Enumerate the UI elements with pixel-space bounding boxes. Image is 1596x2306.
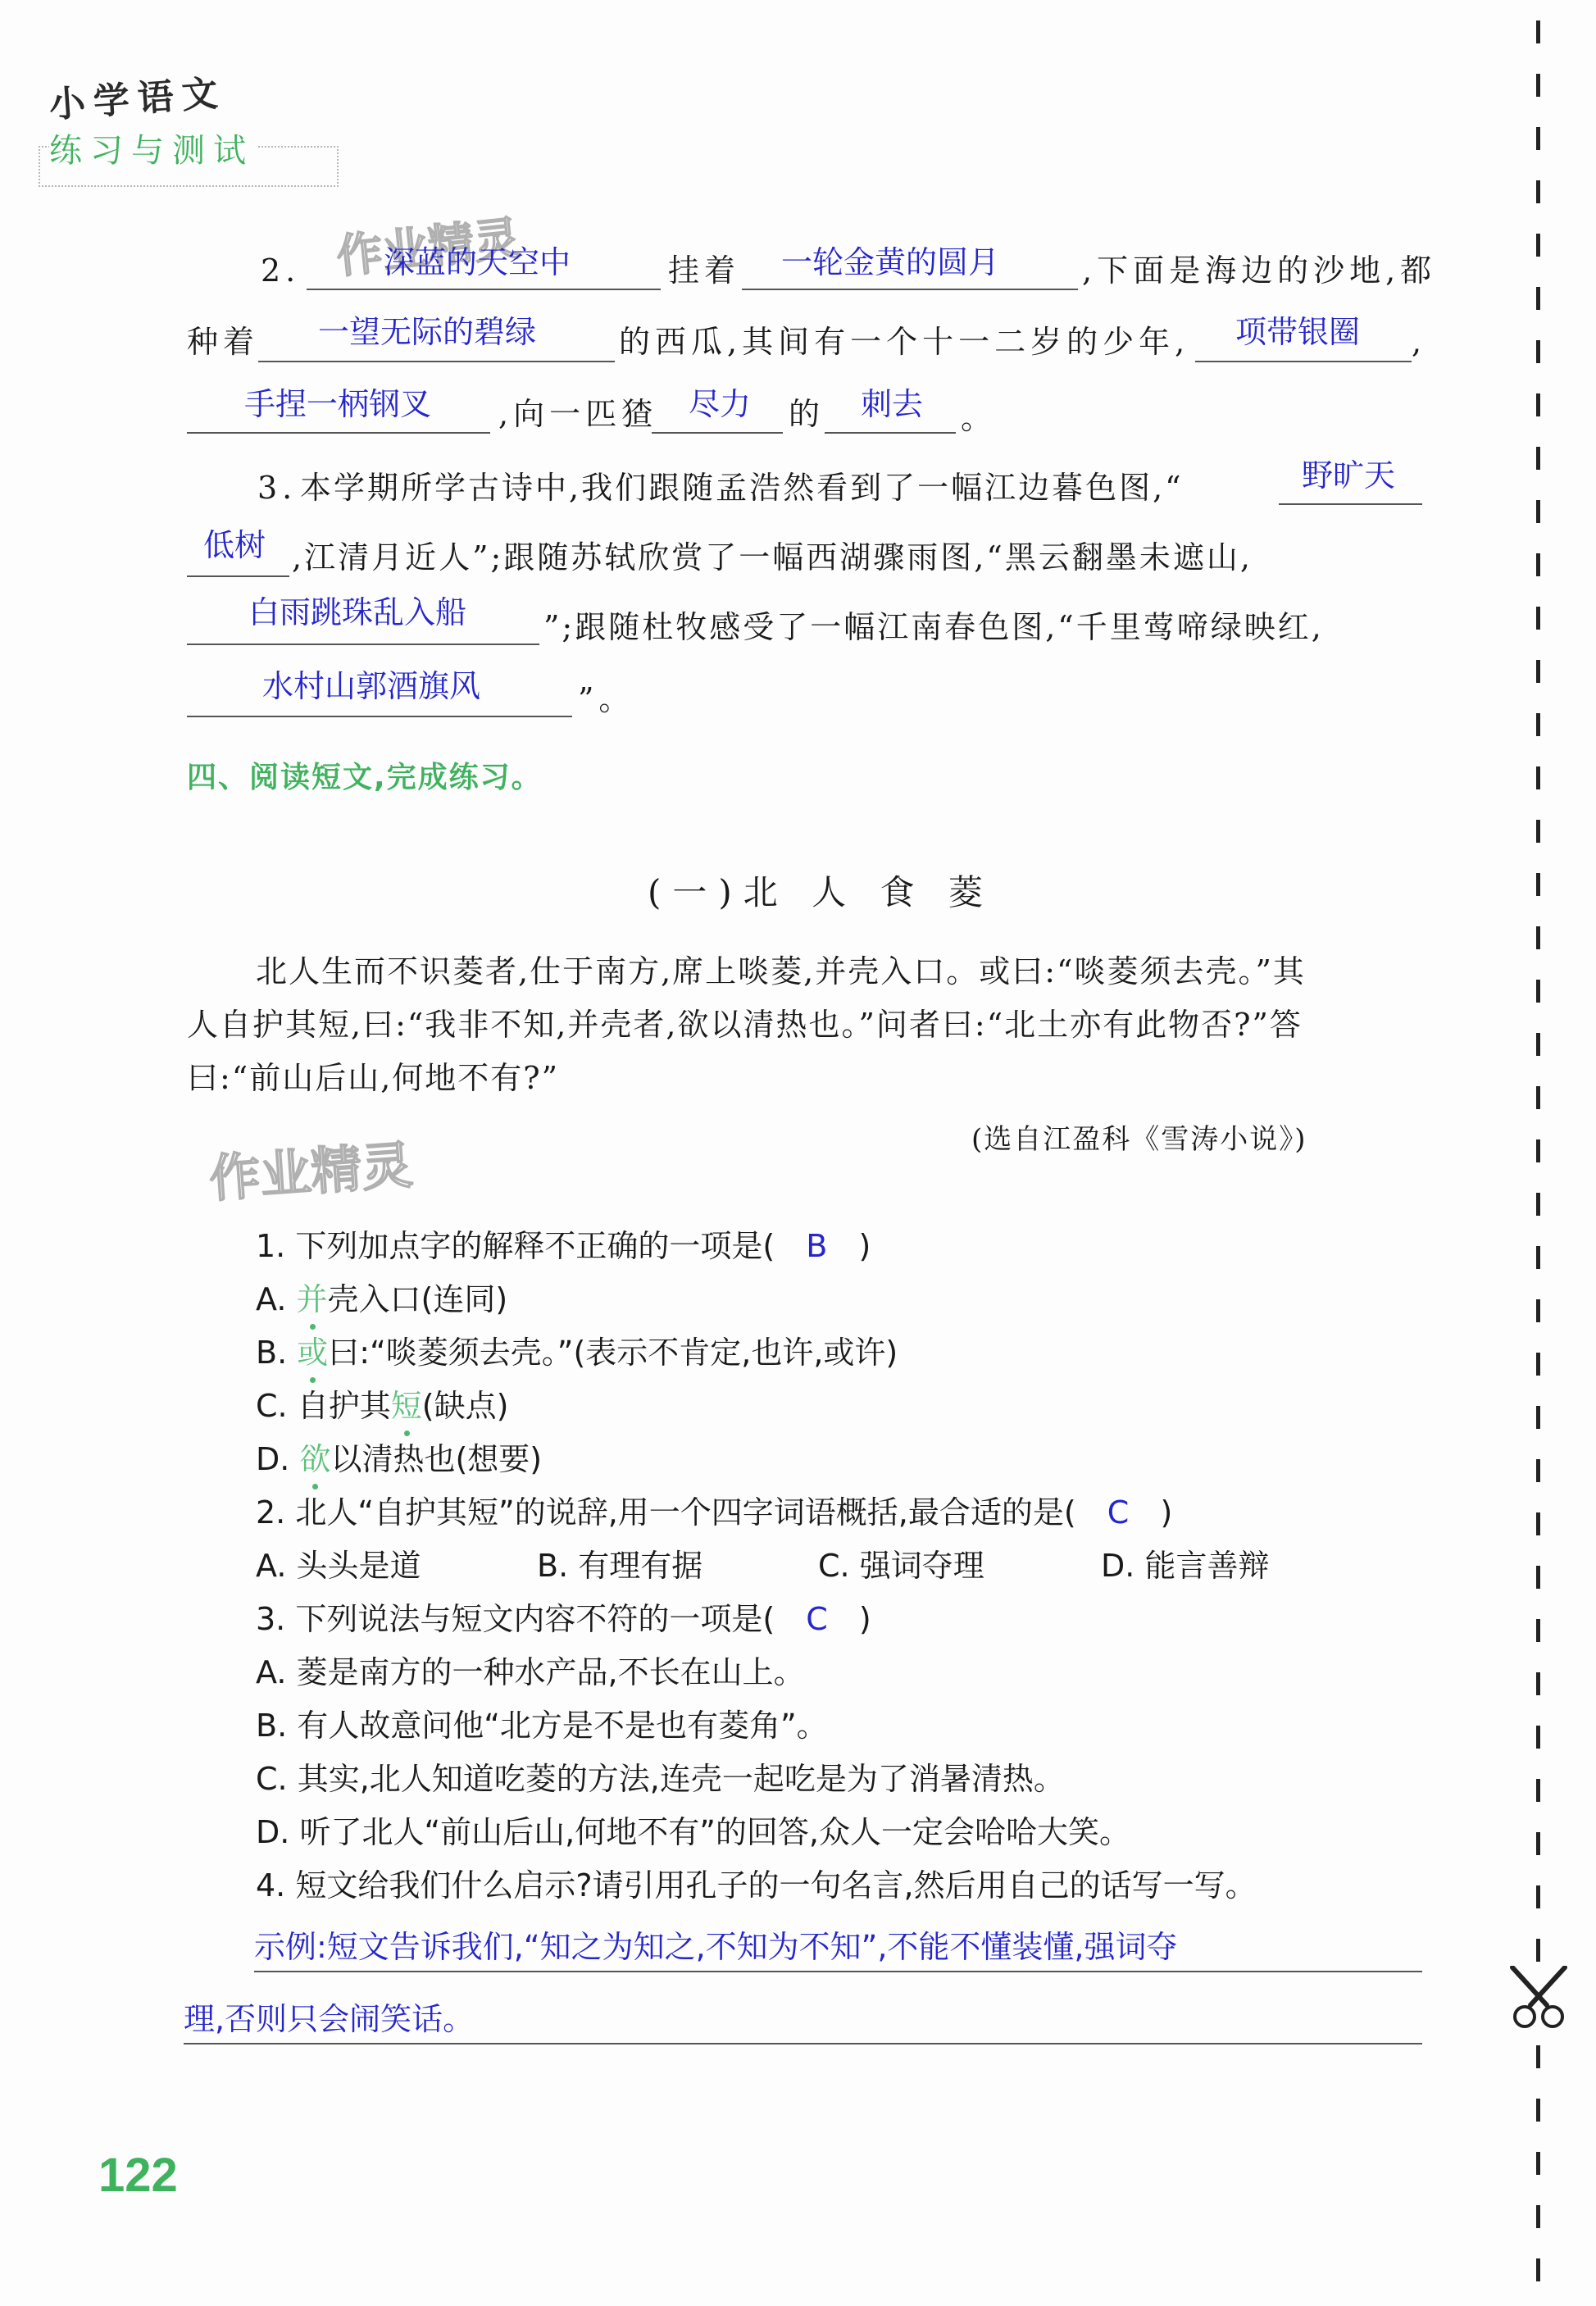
section-heading: 四、阅读短文,完成练习。 [187,754,543,796]
option-c[interactable]: C. 自护其短(缺点) [256,1385,508,1426]
cut-dash [1536,1885,1540,1908]
q2-answer-2: 一轮金黄的圆月 [781,242,999,283]
option-text: 壳入口(连同) [328,1281,508,1317]
answer-blank-1[interactable] [254,1971,1422,1972]
question-stem: 2. 北人“自护其短”的说辞,用一个四字词语概括,最合适的是( [256,1494,1076,1531]
page-number: 122 [98,2148,178,2203]
q2-answer-4: 项带银圈 [1235,312,1360,352]
subtitle: 练习与测试 [49,125,257,171]
watermark: 作业精灵 [207,1124,415,1211]
answer-letter: C [784,1601,849,1637]
option-label: A. [256,1654,286,1690]
option-text: 头头是道 [297,1548,421,1584]
option-label: B. [256,1335,287,1371]
cut-dash [1536,20,1540,43]
option-text: 以清热也(想要) [330,1441,542,1477]
q3-answer-1b: 低树 [203,525,266,566]
q3-answer-2: 白雨跳珠乱入船 [248,592,466,633]
cut-dash [1536,1353,1540,1376]
cut-dash [1536,1033,1540,1056]
answer-line-2: 理,否则只会闹笑话。 [184,1999,474,2040]
q2-number: 2. [261,250,300,291]
answer-letter: C [1086,1494,1151,1531]
scissors-icon [1504,1966,1573,2031]
question-4-stem: 4. 短文给我们什么启示?请引用孔子的一句名言,然后用自己的话写一写。 [256,1865,1257,1906]
option-text: 自护其 [298,1388,391,1424]
cut-dash [1536,1086,1540,1109]
cut-dash [1536,1246,1540,1269]
answer-blank-2[interactable] [184,2043,1422,2044]
q2-blank-6[interactable] [652,432,783,434]
close-paren: ) [859,1601,871,1637]
emphasis-char: 或 [297,1332,328,1373]
option-text: 曰:“啖菱须去壳。”(表示不肯定,也许,或许) [328,1335,898,1371]
cut-dash [1536,607,1540,630]
cut-dash [1536,2045,1540,2068]
option-b[interactable]: B. 有人故意问他“北方是不是也有菱角”。 [256,1705,828,1746]
cut-dash [1536,766,1540,789]
q2-blank-7[interactable] [825,432,956,434]
option-a[interactable]: A. 并壳入口(连同) [256,1279,507,1320]
option-text: 听了北人“前山后山,何地不有”的回答,众人一定会哈哈大笑。 [299,1814,1130,1850]
q2-answer-3: 一望无际的碧绿 [318,312,536,352]
option-label: C. [256,1388,288,1424]
option-label: B. [256,1708,287,1744]
option-label: C. [256,1761,288,1797]
q2-text: 。 [961,398,997,439]
emphasis-char: 欲 [299,1439,330,1480]
cut-dash [1536,1139,1540,1162]
q3-text: 本学期所学古诗中,我们跟随孟浩然看到了一幅江边暮色图,“ [300,467,1184,508]
cut-dash [1536,980,1540,1003]
option-label: D. [1101,1548,1134,1584]
cut-dash [1536,2099,1540,2122]
cut-dash [1536,1672,1540,1695]
q2-blank-3[interactable] [258,361,615,362]
q2-text: 种着 [187,321,259,362]
option-text: (缺点) [422,1388,509,1424]
cut-dash [1536,926,1540,949]
question-2-stem: 2. 北人“自护其短”的说辞,用一个四字词语概括,最合适的是( C ) [256,1492,1172,1533]
option-label: B. [537,1548,568,1584]
q2-blank-5[interactable] [187,432,490,434]
q2-blank-2[interactable] [742,289,1078,290]
option-text: 菱是南方的一种水产品,不长在山上。 [297,1654,805,1690]
option-text: 有人故意问他“北方是不是也有菱角”。 [297,1708,827,1744]
q2-text: ,下面是海边的沙地,都 [1082,250,1436,291]
passage-source: (选自江盈科《雪涛小说》) [971,1119,1307,1160]
q2-text: 的西瓜,其间有一个十一二岁的少年, [619,321,1189,362]
cut-dash [1536,1619,1540,1642]
cut-dash [1536,2258,1540,2281]
cut-dash [1536,340,1540,363]
passage-line: 人自护其短,曰:“我非不知,并壳者,欲以清热也。”问者曰:“北土亦有此物否?”答 [187,1004,1303,1045]
cut-dash [1536,2152,1540,2175]
cut-dash [1536,1193,1540,1216]
cut-dash [1536,2205,1540,2228]
option-a[interactable]: A. 头头是道 [256,1545,421,1586]
cut-dash [1536,660,1540,683]
option-text: 能言善辩 [1144,1548,1269,1584]
q2-text: 挂着 [668,250,740,291]
cut-dash [1536,553,1540,576]
cut-dash [1536,127,1540,150]
q3-text: ,江清月近人”;跟随苏轼欣赏了一幅西湖骤雨图,“黑云翻墨未遮山, [292,537,1253,578]
q2-answer-1: 深蓝的天空中 [384,242,571,283]
option-d[interactable]: D. 欲以清热也(想要) [256,1439,542,1480]
close-paren: ) [1160,1494,1172,1531]
option-text: 有理有据 [578,1548,703,1584]
passage-line: 北人生而不识菱者,仕于南方,席上啖菱,并壳入口。或曰:“啖菱须去壳。”其 [256,951,1306,992]
cut-dash [1536,287,1540,310]
q3-text: ”;跟随杜牧感受了一幅江南春色图,“千里莺啼绿映红, [543,607,1324,648]
q3-answer-1: 野旷天 [1302,455,1395,496]
cut-dash [1536,1406,1540,1429]
cut-dash [1536,1726,1540,1749]
cut-dash [1536,1512,1540,1535]
option-c[interactable]: C. 强词夺理 [818,1545,984,1586]
option-label: A. [256,1281,286,1317]
q2-text: ,向一匹猹 [498,393,657,434]
series-title: 小学语文 [48,63,228,128]
option-b[interactable]: B. 有理有据 [537,1545,703,1586]
cut-dash [1536,820,1540,843]
cut-dash [1536,713,1540,736]
q2-blank-1[interactable] [307,289,661,290]
option-d[interactable]: D. 听了北人“前山后山,何地不有”的回答,众人一定会哈哈大笑。 [256,1812,1130,1853]
option-a[interactable]: A. 菱是南方的一种水产品,不长在山上。 [256,1652,805,1693]
cut-dash [1536,1832,1540,1855]
q3-text: ”。 [578,679,634,720]
q3-blank-1[interactable] [1279,503,1422,505]
cut-dash [1536,873,1540,896]
q3-blank-1b[interactable] [187,575,289,577]
question-3-stem: 3. 下列说法与短文内容不符的一项是( C ) [256,1599,871,1640]
q3-number: 3. [257,467,297,508]
option-d[interactable]: D. 能言善辩 [1101,1545,1269,1586]
q2-answer-5: 手捏一柄钢叉 [244,384,431,425]
cut-dash [1536,1939,1540,1962]
option-c[interactable]: C. 其实,北人知道吃菱的方法,连壳一起吃是为了消暑清热。 [256,1758,1065,1799]
cut-dash [1536,447,1540,470]
option-label: C. [818,1548,850,1584]
cut-dash [1536,1459,1540,1482]
option-label: D. [256,1441,289,1477]
cut-dash [1536,74,1540,97]
option-text: 强词夺理 [860,1548,984,1584]
q2-text: 的 [789,393,825,434]
cut-dash [1536,500,1540,523]
q2-text: , [1412,321,1426,362]
emphasis-char: 短 [391,1385,422,1426]
q2-blank-4[interactable] [1195,361,1412,362]
q2-answer-7: 刺去 [861,384,923,425]
close-paren: ) [858,1228,871,1264]
option-text: 其实,北人知道吃菱的方法,连壳一起吃是为了消暑清热。 [298,1761,1065,1797]
cut-dash [1536,1566,1540,1589]
passage-title: (一)北 人 食 菱 [648,866,994,915]
cut-dash [1536,393,1540,416]
option-label: D. [256,1814,289,1850]
passage-line: 曰:“前山后山,何地不有?” [187,1057,559,1098]
cut-dash [1536,1299,1540,1322]
q3-answer-3: 水村山郭酒旗风 [262,666,480,707]
question-stem: 3. 下列说法与短文内容不符的一项是( [256,1601,775,1637]
question-1-stem: 1. 下列加点字的解释不正确的一项是( B ) [256,1226,871,1267]
answer-line-1: 示例:短文告诉我们,“知之为知之,不知为不知”,不能不懂装懂,强词夺 [254,1926,1178,1967]
answer-letter: B [784,1228,848,1264]
question-stem: 1. 下列加点字的解释不正确的一项是( [256,1228,775,1264]
option-label: A. [256,1548,286,1584]
cut-dash [1536,1779,1540,1802]
cut-dash [1536,234,1540,257]
option-b[interactable]: B. 或曰:“啖菱须去壳。”(表示不肯定,也许,或许) [256,1332,898,1373]
q2-answer-6: 尽力 [689,384,751,425]
q3-blank-3[interactable] [187,716,572,717]
emphasis-char: 并 [297,1279,328,1320]
cut-dash [1536,180,1540,203]
q3-blank-2[interactable] [187,644,539,645]
